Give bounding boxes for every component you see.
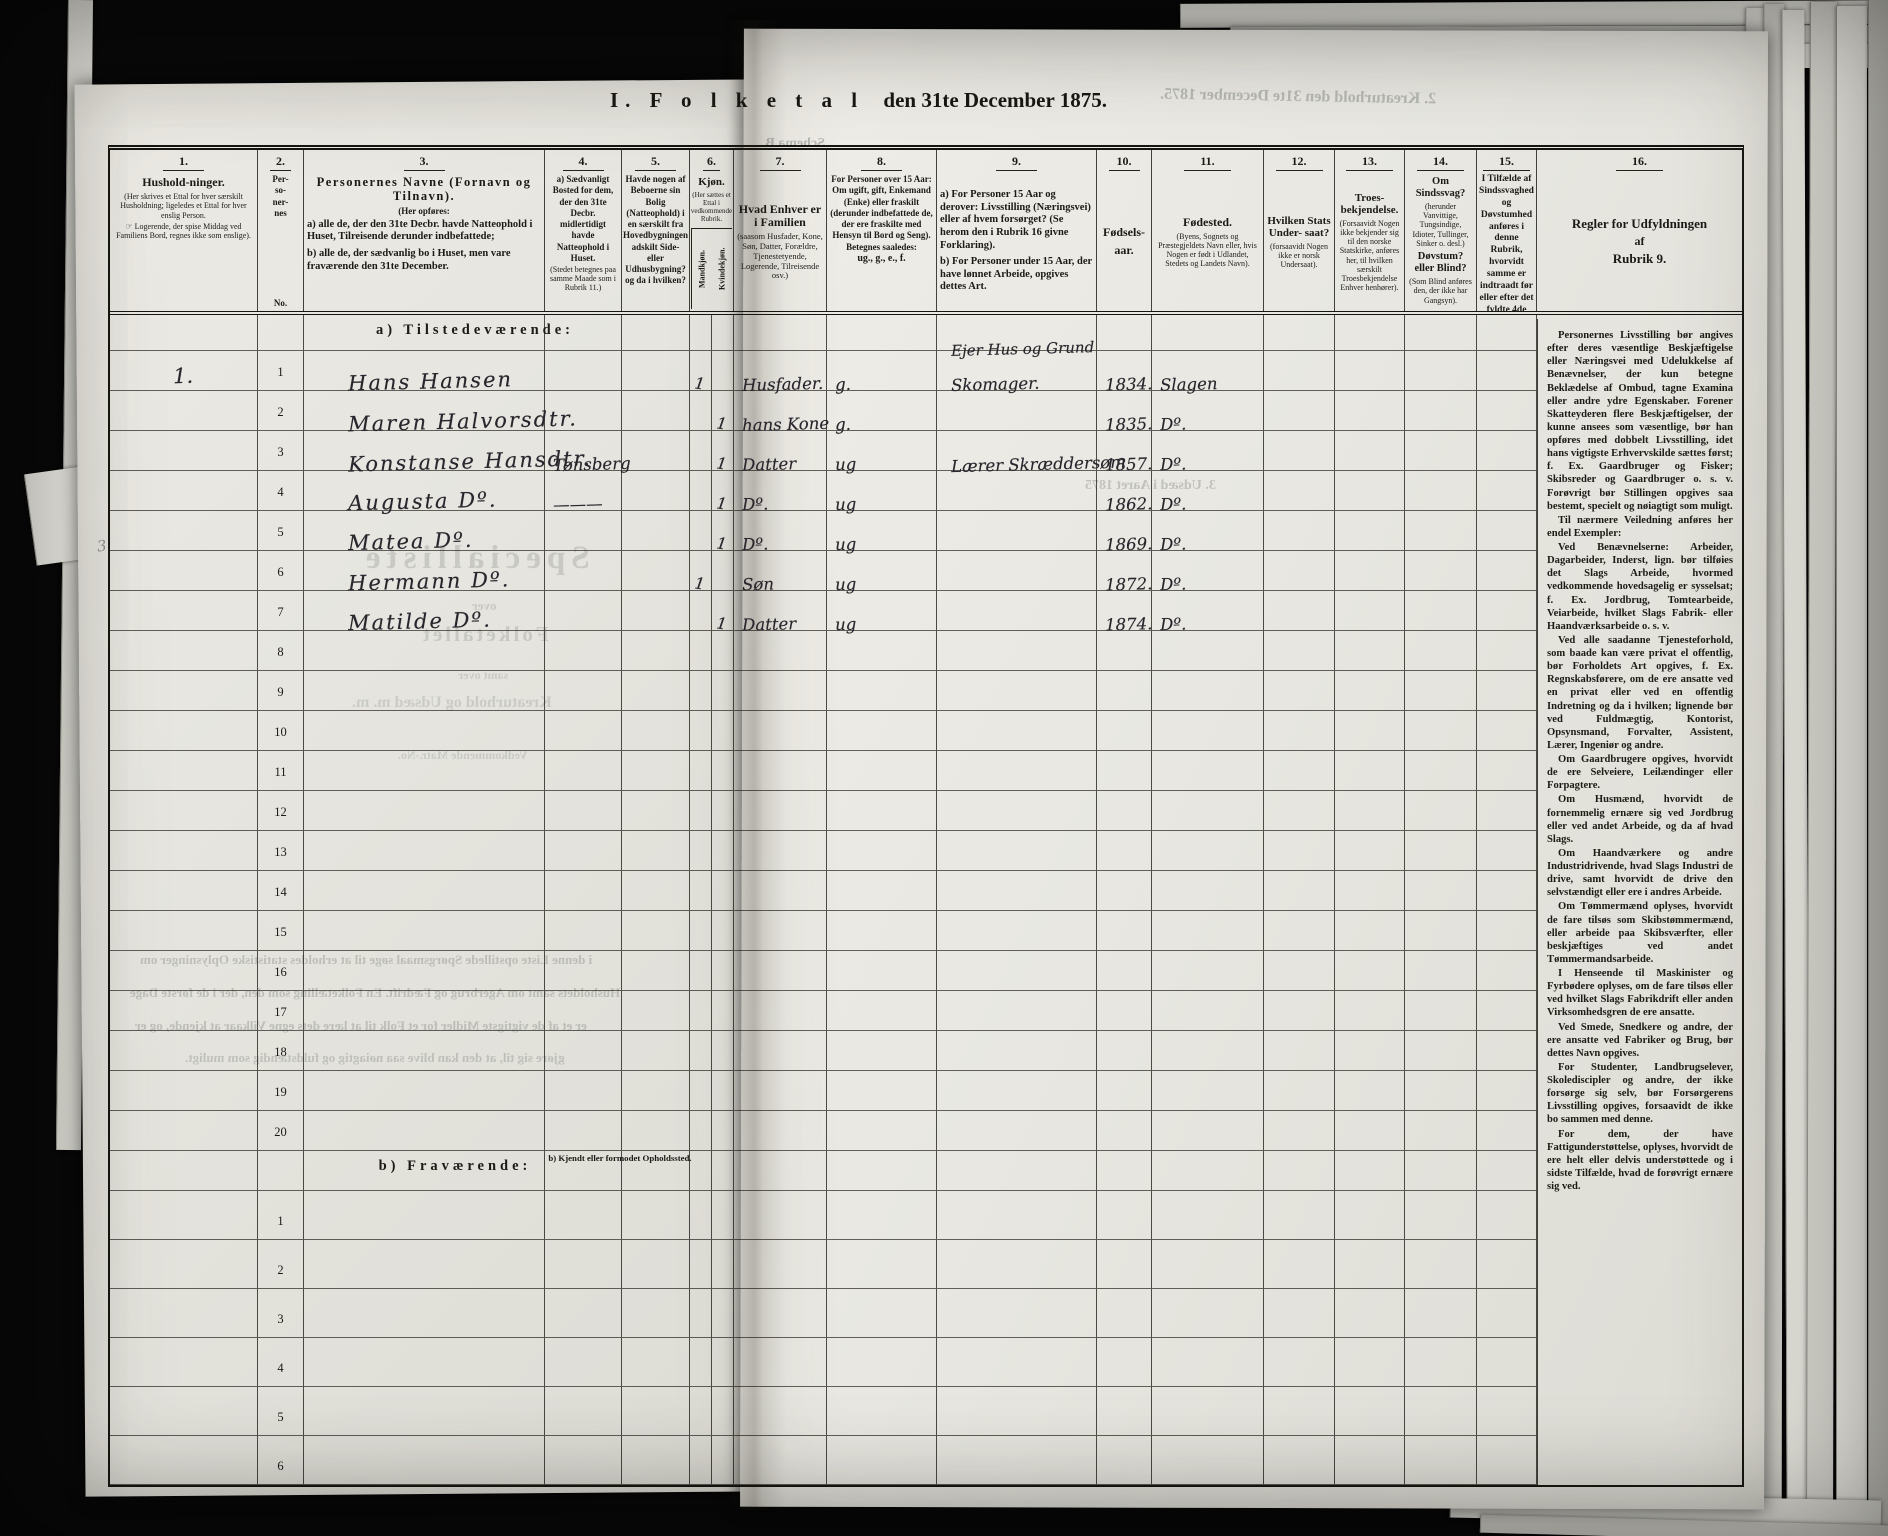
cell-outbuilding	[622, 631, 690, 671]
cell-birthplace: Dº.	[1152, 591, 1264, 631]
column-title: so-	[275, 185, 286, 196]
column-number: 13.	[1346, 154, 1393, 171]
cell-citizenship	[1264, 991, 1335, 1031]
column-header-outbuilding: 5. Havde nogen af Beboerne sin Bolig (Na…	[622, 150, 690, 311]
cell-citizenship	[1264, 791, 1335, 831]
row-number: 5	[277, 525, 283, 540]
cell-male-mark	[690, 315, 712, 351]
cell-person-no: 10	[258, 711, 304, 751]
cell-creed	[1335, 631, 1405, 671]
cell-outbuilding	[622, 551, 690, 591]
cell-female-mark	[712, 831, 734, 871]
cell-family-position	[734, 1338, 827, 1387]
cell-person-no: 6	[258, 1436, 304, 1485]
cell-creed	[1335, 391, 1405, 431]
cell-usual-residence	[545, 751, 622, 791]
row-number: 10	[274, 725, 287, 740]
cell-name: Augusta Dº.	[304, 471, 545, 511]
cell-family-position: Søn	[734, 551, 827, 591]
row-number: 17	[274, 1005, 287, 1020]
cell-male-mark	[690, 1151, 712, 1191]
table-header-row: 1. Hushold-ninger. (Her skrives et Ettal…	[110, 150, 1742, 315]
cell-outbuilding	[622, 831, 690, 871]
cell-birthplace	[1152, 991, 1264, 1031]
cell-citizenship	[1264, 1289, 1335, 1338]
cell-birthplace	[1152, 911, 1264, 951]
row-number: 2	[277, 405, 283, 420]
column-note: (saasom Husfader, Kone, Søn, Datter, For…	[737, 232, 823, 281]
cell-birthplace	[1152, 1151, 1264, 1191]
cell-usual-residence: Tønsberg	[545, 431, 622, 471]
cell-household-no	[110, 991, 258, 1031]
title-part-2: den 31te December 1875.	[883, 88, 1107, 112]
cell-marital-status	[827, 711, 937, 751]
cell-birthplace	[1152, 631, 1264, 671]
cell-name	[304, 631, 545, 671]
cell-usual-residence	[545, 351, 622, 391]
cell-marital-status	[827, 1071, 937, 1111]
cell-disability-age	[1477, 1111, 1537, 1151]
cell-marital-status	[827, 1240, 937, 1289]
cell-birthplace	[1152, 1289, 1264, 1338]
cell-female-mark	[712, 315, 734, 351]
cell-birth-year: 1869.	[1097, 511, 1152, 551]
table-row: 5	[110, 1387, 1742, 1436]
cell-female-mark	[712, 1111, 734, 1151]
cell-marital-status: ug	[827, 431, 937, 471]
cell-female-mark	[712, 1031, 734, 1071]
column-number: 14.	[1417, 154, 1464, 171]
cell-family-position: Datter	[734, 591, 827, 631]
row-number: 1	[277, 1214, 283, 1229]
cell-name	[304, 911, 545, 951]
cell-creed	[1335, 951, 1405, 991]
column-header-disability: 14. Om Sindssvag? (herunder Vanvittige, …	[1405, 150, 1477, 311]
cell-birth-year	[1097, 751, 1152, 791]
cell-disability	[1405, 1436, 1477, 1485]
cell-person-no: 14	[258, 871, 304, 911]
table-row: 1	[110, 1191, 1742, 1240]
column-number: 10.	[1109, 154, 1140, 171]
cell-family-position: hans Kone	[734, 391, 827, 431]
cell-name	[304, 1289, 545, 1338]
cell-creed	[1335, 351, 1405, 391]
cell-disability-age	[1477, 351, 1537, 391]
column-note: ug., g., e., f.	[857, 253, 905, 266]
cell-person-no: 4	[258, 471, 304, 511]
cell-occupation	[937, 391, 1097, 431]
cell-household-no	[110, 1436, 258, 1485]
cell-occupation	[937, 1071, 1097, 1111]
cell-male-mark	[690, 631, 712, 671]
cell-female-mark: 1	[712, 471, 734, 511]
cell-usual-residence	[545, 831, 622, 871]
row-number: 6	[277, 565, 283, 580]
cell-name	[304, 1111, 545, 1151]
cell-person-no: 11	[258, 751, 304, 791]
cell-female-mark: 1	[712, 431, 734, 471]
cell-creed	[1335, 1151, 1405, 1191]
cell-female-mark	[712, 871, 734, 911]
row-number: 4	[277, 1361, 283, 1376]
cell-outbuilding	[622, 471, 690, 511]
cell-citizenship	[1264, 631, 1335, 671]
column-number: 5.	[635, 154, 676, 171]
cell-occupation	[937, 1111, 1097, 1151]
cell-name	[304, 791, 545, 831]
cell-citizenship	[1264, 391, 1335, 431]
cell-creed	[1335, 911, 1405, 951]
cell-name: Maren Halvorsdtr.	[304, 391, 545, 431]
cell-usual-residence	[545, 911, 622, 951]
cell-name	[304, 751, 545, 791]
cell-marital-status	[827, 315, 937, 351]
cell-usual-residence	[545, 511, 622, 551]
cell-outbuilding	[622, 1338, 690, 1387]
cell-female-mark	[712, 751, 734, 791]
cell-male-mark: 1	[690, 351, 712, 391]
column-title: For Personer over 15 Aar: Om ugift, gift…	[830, 174, 933, 242]
cell-male-mark	[690, 831, 712, 871]
cell-marital-status	[827, 1289, 937, 1338]
column-number: 7.	[760, 154, 801, 171]
cell-disability	[1405, 711, 1477, 751]
cell-occupation	[937, 511, 1097, 551]
cell-occupation	[937, 631, 1097, 671]
cell-disability	[1405, 791, 1477, 831]
column-title: Fødsels-	[1103, 226, 1145, 239]
cell-citizenship	[1264, 751, 1335, 791]
cell-male-mark	[690, 1289, 712, 1338]
cell-male-mark	[690, 671, 712, 711]
table-row: 2Maren Halvorsdtr.1hans Koneg.1835.Dº.	[110, 391, 1742, 431]
cell-birth-year	[1097, 1338, 1152, 1387]
cell-birthplace	[1152, 1240, 1264, 1289]
column-title: No.	[274, 298, 287, 309]
cell-disability	[1405, 1111, 1477, 1151]
cell-family-position	[734, 671, 827, 711]
cell-female-mark	[712, 671, 734, 711]
cell-creed	[1335, 1031, 1405, 1071]
cell-disability-age	[1477, 431, 1537, 471]
cell-citizenship	[1264, 1240, 1335, 1289]
cell-male-mark	[690, 1031, 712, 1071]
row-number: 9	[277, 685, 283, 700]
cell-usual-residence	[545, 671, 622, 711]
cell-household-no	[110, 751, 258, 791]
cell-creed	[1335, 711, 1405, 751]
cell-birthplace	[1152, 1111, 1264, 1151]
cell-citizenship	[1264, 1338, 1335, 1387]
cell-disability-age	[1477, 1338, 1537, 1387]
table-row: 4	[110, 1338, 1742, 1387]
cell-household-no	[110, 431, 258, 471]
table-row: 17	[110, 991, 1742, 1031]
cell-male-mark	[690, 391, 712, 431]
column-note: b) For Personer under 15 Aar, der have l…	[940, 256, 1093, 294]
table-row: 3Konstanse Hansdtr.Tønsberg1DatterugLære…	[110, 431, 1742, 471]
handwritten-entry: 1.	[173, 364, 194, 389]
cell-occupation: Lærer Skræddersøm	[937, 431, 1097, 471]
cell-creed	[1335, 1289, 1405, 1338]
cell-disability-age	[1477, 1151, 1537, 1191]
cell-name	[304, 1387, 545, 1436]
cell-marital-status: ug	[827, 511, 937, 551]
column-header-birth-year: 10. Fødsels- aar.	[1097, 150, 1152, 311]
cell-marital-status: ug	[827, 551, 937, 591]
cell-name	[304, 951, 545, 991]
cell-disability-age	[1477, 511, 1537, 551]
cell-outbuilding	[622, 1031, 690, 1071]
cell-birth-year	[1097, 1436, 1152, 1485]
table-row: 1.1Hans Hansen1Husfader.g.Ejer Hus og Gr…	[110, 351, 1742, 391]
column-number: 15.	[1483, 154, 1530, 171]
cell-birthplace	[1152, 671, 1264, 711]
column-note: (Stedet betegnes paa samme Maade som i R…	[548, 265, 618, 293]
cell-outbuilding	[622, 671, 690, 711]
cell-name: Hermann Dº.	[304, 551, 545, 591]
cell-female-mark	[712, 1191, 734, 1240]
cell-creed	[1335, 871, 1405, 911]
cell-occupation	[937, 591, 1097, 631]
cell-disability	[1405, 1071, 1477, 1111]
cell-outbuilding	[622, 1191, 690, 1240]
cell-disability	[1405, 511, 1477, 551]
cell-birth-year: 1874.	[1097, 591, 1152, 631]
cell-disability	[1405, 591, 1477, 631]
column-title: Kjøn.	[698, 176, 725, 188]
cell-occupation	[937, 711, 1097, 751]
cell-marital-status	[827, 911, 937, 951]
rules-paragraph: Ved Smede, Snedkere og andre, der ere an…	[1547, 1021, 1733, 1060]
cell-usual-residence	[545, 951, 622, 991]
rubric9-rules-column: Personernes Livsstilling bør angives eft…	[1537, 319, 1742, 1485]
cell-household-no	[110, 671, 258, 711]
table-row: 16	[110, 951, 1742, 991]
cell-birthplace	[1152, 791, 1264, 831]
column-number: 12.	[1276, 154, 1323, 171]
cell-birth-year	[1097, 315, 1152, 351]
table-row: 10	[110, 711, 1742, 751]
column-header-households: 1. Hushold-ninger. (Her skrives et Ettal…	[110, 150, 258, 311]
cell-male-mark	[690, 751, 712, 791]
cell-female-mark: 1	[712, 591, 734, 631]
cell-outbuilding	[622, 391, 690, 431]
cell-family-position	[734, 315, 827, 351]
cell-usual-residence	[545, 551, 622, 591]
table-row: 4Augusta Dº.———1Dº.ug1862.Dº.	[110, 471, 1742, 511]
row-number: 20	[274, 1125, 287, 1140]
cell-disability-age	[1477, 791, 1537, 831]
column-note: a) alle de, der den 31te Decbr. havde Na…	[307, 219, 541, 244]
census-table: 1. Hushold-ninger. (Her skrives et Ettal…	[108, 145, 1744, 1487]
cell-person-no: 7	[258, 591, 304, 631]
cell-disability-age	[1477, 1071, 1537, 1111]
cell-family-position	[734, 1240, 827, 1289]
column-title: Havde nogen af Beboerne sin Bolig (Natte…	[623, 174, 688, 287]
handwritten-entry: Ejer Hus og Grund	[951, 338, 1095, 360]
cell-birth-year	[1097, 1111, 1152, 1151]
cell-female-mark	[712, 351, 734, 391]
column-header-person-no: 2. Per- so- ner- nes No.	[258, 150, 304, 311]
cell-birthplace: Dº.	[1152, 391, 1264, 431]
rules-paragraph: Ved Benævnelserne: Arbeider, Dagarbeider…	[1547, 541, 1733, 633]
row-number: 14	[274, 885, 287, 900]
row-number: 3	[277, 1312, 283, 1327]
table-body: a) Tilstedeværende:1.1Hans Hansen1Husfad…	[110, 315, 1742, 1485]
cell-disability-age	[1477, 991, 1537, 1031]
cell-citizenship	[1264, 671, 1335, 711]
cell-citizenship	[1264, 1436, 1335, 1485]
cell-disability-age	[1477, 751, 1537, 791]
cell-person-no: 3	[258, 431, 304, 471]
cell-name	[304, 1240, 545, 1289]
row-number: 19	[274, 1085, 287, 1100]
cell-birthplace	[1152, 871, 1264, 911]
cell-usual-residence	[545, 1111, 622, 1151]
column-title: Personernes Navne (Fornavn og Tilnavn).	[307, 176, 541, 204]
cell-birth-year: 1862.	[1097, 471, 1152, 511]
cell-person-no: 3	[258, 1289, 304, 1338]
cell-household-no	[110, 1240, 258, 1289]
cell-name	[304, 831, 545, 871]
cell-birthplace: Dº.	[1152, 551, 1264, 591]
cell-family-position	[734, 1071, 827, 1111]
column-note: (forsaavidt Nogen ikke er norsk Undersaa…	[1267, 242, 1331, 270]
cell-family-position: Husfader.	[734, 351, 827, 391]
cell-marital-status: ug	[827, 471, 937, 511]
cell-household-no	[110, 1031, 258, 1071]
cell-name	[304, 1436, 545, 1485]
cell-disability-age	[1477, 1436, 1537, 1485]
cell-birth-year: 1857.	[1097, 431, 1152, 471]
cell-birthplace	[1152, 711, 1264, 751]
table-row: 20	[110, 1111, 1742, 1151]
cell-disability	[1405, 1338, 1477, 1387]
cell-male-mark	[690, 511, 712, 551]
cell-female-mark	[712, 991, 734, 1031]
cell-female-mark	[712, 1071, 734, 1111]
cell-disability-age	[1477, 591, 1537, 631]
column-header-names: 3. Personernes Navne (Fornavn og Tilnavn…	[304, 150, 545, 311]
cell-occupation	[937, 1387, 1097, 1436]
cell-marital-status	[827, 1436, 937, 1485]
cell-occupation	[937, 751, 1097, 791]
cell-occupation	[937, 911, 1097, 951]
cell-female-mark: 1	[712, 391, 734, 431]
cell-disability	[1405, 315, 1477, 351]
column-note: (herunder Vanvittige, Tungsindige, Idiot…	[1408, 202, 1473, 248]
cell-birth-year	[1097, 1387, 1152, 1436]
cell-name: Matea Dº.	[304, 511, 545, 551]
cell-female-mark	[712, 1387, 734, 1436]
column-header-marital-status: 8. For Personer over 15 Aar: Om ugift, g…	[827, 150, 937, 311]
cell-person-no: 2	[258, 1240, 304, 1289]
cell-family-position	[734, 871, 827, 911]
cell-outbuilding	[622, 871, 690, 911]
cell-family-position	[734, 831, 827, 871]
table-row: 8	[110, 631, 1742, 671]
cell-marital-status	[827, 831, 937, 871]
cell-family-position	[734, 1151, 827, 1191]
cell-marital-status	[827, 1031, 937, 1071]
cell-citizenship	[1264, 1031, 1335, 1071]
cell-family-position	[734, 751, 827, 791]
column-title: Om Sindssvag?	[1408, 176, 1473, 199]
rules-paragraph: Ved alle saadanne Tjenesteforhold, som b…	[1547, 634, 1733, 752]
cell-usual-residence: ———	[545, 471, 622, 511]
cell-disability-age	[1477, 1289, 1537, 1338]
cell-disability-age	[1477, 911, 1537, 951]
cell-female-mark	[712, 1240, 734, 1289]
cell-male-mark	[690, 1111, 712, 1151]
cell-family-position	[734, 911, 827, 951]
cell-outbuilding	[622, 751, 690, 791]
cell-male-mark	[690, 911, 712, 951]
cell-household-no	[110, 711, 258, 751]
cell-occupation	[937, 1289, 1097, 1338]
cell-disability-age	[1477, 1191, 1537, 1240]
cell-disability-age	[1477, 951, 1537, 991]
cell-birthplace: Dº.	[1152, 511, 1264, 551]
cell-creed	[1335, 1111, 1405, 1151]
cell-male-mark	[690, 1338, 712, 1387]
cell-disability	[1405, 991, 1477, 1031]
table-row: 13	[110, 831, 1742, 871]
cell-citizenship	[1264, 1071, 1335, 1111]
cell-family-position	[734, 991, 827, 1031]
column-number: 11.	[1184, 154, 1230, 171]
cell-citizenship	[1264, 711, 1335, 751]
column-header-sex: 6. Kjøn. (Her sættes et Ettal i vedkomme…	[690, 150, 734, 311]
cell-birthplace	[1152, 951, 1264, 991]
cell-occupation	[937, 1151, 1097, 1191]
cell-household-no	[110, 911, 258, 951]
cell-disability-age	[1477, 671, 1537, 711]
cell-usual-residence	[545, 791, 622, 831]
cell-household-no	[110, 315, 258, 351]
column-note: (Her sættes et Ettal i vedkommende Rubri…	[691, 191, 732, 223]
rules-paragraph: Til nærmere Veiledning anføres her endel…	[1547, 514, 1733, 540]
column-number: 6.	[703, 154, 720, 171]
cell-usual-residence	[545, 1071, 622, 1111]
cell-creed	[1335, 1191, 1405, 1240]
cell-family-position	[734, 951, 827, 991]
column-number: 8.	[861, 154, 902, 171]
cell-marital-status	[827, 1387, 937, 1436]
cell-male-mark: 1	[690, 551, 712, 591]
cell-household-no	[110, 391, 258, 431]
column-note: ☞ Logerende, der spise Middag ved Famili…	[113, 222, 254, 240]
cell-birthplace	[1152, 315, 1264, 351]
cell-female-mark	[712, 1338, 734, 1387]
cell-birth-year	[1097, 671, 1152, 711]
column-title: af	[1635, 235, 1645, 248]
cell-birth-year	[1097, 1151, 1152, 1191]
cell-usual-residence	[545, 1436, 622, 1485]
cell-usual-residence	[545, 711, 622, 751]
cell-name	[304, 991, 545, 1031]
table-row: 6	[110, 1436, 1742, 1485]
cell-household-no	[110, 1338, 258, 1387]
cell-birthplace	[1152, 831, 1264, 871]
cell-occupation: Ejer Hus og GrundSkomager.	[937, 351, 1097, 391]
row-number: 3	[277, 445, 283, 460]
subcolumn-female: Kvindekjøn.	[712, 229, 732, 309]
column-note: (Her skrives et Ettal for hver særskilt …	[113, 192, 254, 220]
cell-person-no: 18	[258, 1031, 304, 1071]
cell-name	[304, 1031, 545, 1071]
